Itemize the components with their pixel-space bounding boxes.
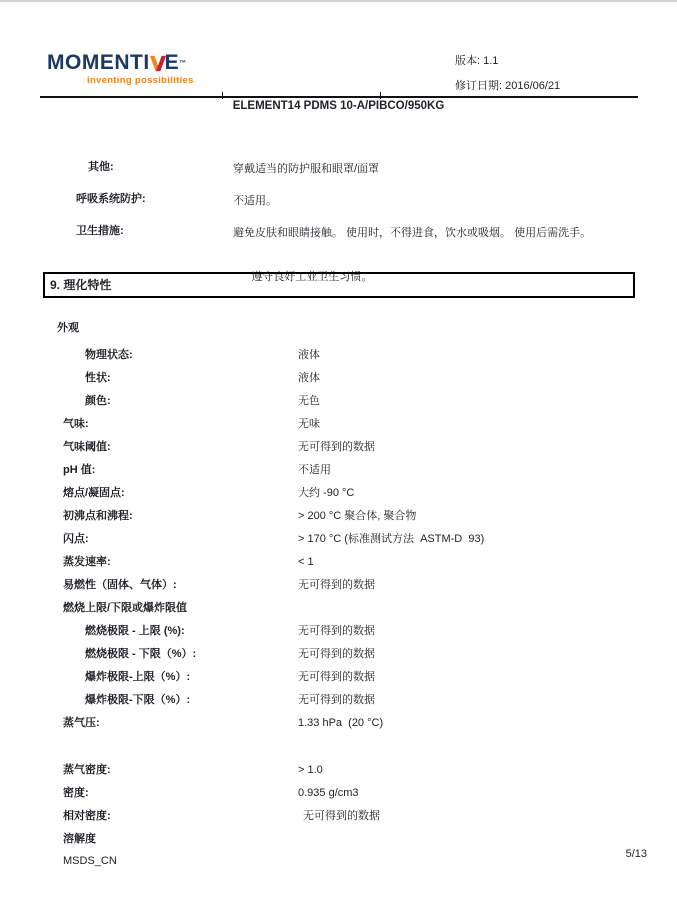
property-label: 相对密度: (63, 810, 111, 822)
physical-properties-list: 物理状态: 液体 性状: 液体 颜色: 无色 气味: 无味 气味阈值: 无可得到… (0, 344, 677, 851)
property-label: 初沸点和沸程: (63, 510, 133, 522)
property-value: 无可得到的数据 (298, 574, 375, 597)
property-label: 蒸发速率: (63, 556, 111, 568)
property-label: 物理状态: (85, 349, 133, 361)
property-row-flammability-upper: 燃烧极限 - 上限 (%): 无可得到的数据 (0, 620, 677, 643)
property-value: 1.33 hPa (20 °C) (298, 712, 383, 735)
property-label: 燃烧极限 - 上限 (%): (85, 625, 185, 637)
property-value: 无味 (298, 413, 320, 436)
property-label: 蒸气压: (63, 717, 100, 729)
property-value: 无可得到的数据 (298, 436, 375, 459)
product-title: ELEMENT14 PDMS 10-A/PIBCO/950KG (0, 100, 677, 112)
header-divider-tick (380, 92, 381, 99)
footer-page-number: 5/13 (626, 848, 647, 860)
logo-v-icon (150, 55, 166, 72)
property-label: 性状: (85, 372, 111, 384)
property-value: > 1.0 (298, 759, 323, 782)
property-label: 爆炸极限-上限（%）: (85, 671, 190, 683)
property-row-evaporation-rate: 蒸发速率: < 1 (0, 551, 677, 574)
property-row-flash-point: 闪点: > 170 °C (标准测试方法 ASTM-D 93) (0, 528, 677, 551)
property-label: 爆炸极限-下限（%）: (85, 694, 190, 706)
logo-text-left: MOMENTI (47, 53, 150, 73)
property-label: 蒸气密度: (63, 764, 111, 776)
property-label: 燃烧极限 - 下限（%）: (85, 648, 196, 660)
property-value: > 170 °C (标准测试方法 ASTM-D 93) (298, 528, 484, 551)
property-value: 无可得到的数据 (298, 620, 375, 643)
property-row-relative-density: 相对密度: 无可得到的数据 (0, 805, 677, 828)
window-top-edge (0, 0, 677, 2)
property-label: 易燃性（固体、气体）: (63, 579, 177, 591)
logo-text-right: E (165, 53, 180, 73)
protection-label: 卫生措施: (76, 222, 124, 238)
protection-value: 不适用。 (233, 190, 277, 212)
property-label: 气味阈值: (63, 441, 111, 453)
appearance-group-label: 外观 (57, 319, 79, 335)
property-row-explosive-upper: 爆炸极限-上限（%）: 无可得到的数据 (0, 666, 677, 689)
property-label: 气味: (63, 418, 89, 430)
footer-doc-code: MSDS_CN (63, 855, 117, 867)
property-value: 液体 (298, 344, 320, 367)
property-row-density: 密度: 0.935 g/cm3 (0, 782, 677, 805)
section-9-header: 9. 理化特性 (43, 272, 635, 298)
property-row-color: 颜色: 无色 (0, 390, 677, 413)
property-group-label: 燃烧上限/下限或爆炸限值 (63, 602, 187, 614)
hygiene-line-1: 避免皮肤和眼睛接触。 使用时，不得进食，饮水或吸烟。 使用后需洗手。 (233, 227, 591, 239)
revision-date-label: 修订日期: (455, 80, 502, 92)
property-row-boiling-point: 初沸点和沸程: > 200 °C 聚合体, 聚合物 (0, 505, 677, 528)
property-row-odor-threshold: 气味阈值: 无可得到的数据 (0, 436, 677, 459)
property-row-form: 性状: 液体 (0, 367, 677, 390)
msds-document-page: MOMENTI E ™ inventing possibilities 版本: … (0, 0, 677, 914)
property-row-flammability-lower: 燃烧极限 - 下限（%）: 无可得到的数据 (0, 643, 677, 666)
property-value: 0.935 g/cm3 (298, 782, 359, 805)
property-label: pH 值: (63, 464, 95, 476)
property-value: 无可得到的数据 (298, 689, 375, 712)
version-value: 1.1 (483, 55, 498, 67)
version-label: 版本: (455, 55, 480, 67)
property-label: 闪点: (63, 533, 89, 545)
document-meta: 版本: 1.1 修订日期: 2016/06/21 (455, 49, 560, 99)
property-row-physical-state: 物理状态: 液体 (0, 344, 677, 367)
property-group-flammability-limits: 燃烧上限/下限或爆炸限值 (0, 597, 677, 620)
property-row-vapor-density: 蒸气密度: > 1.0 (0, 759, 677, 782)
revision-date-value: 2016/06/21 (505, 80, 560, 92)
protection-value: 穿戴适当的防护服和眼罩/面罩 (233, 158, 379, 180)
property-group-solubility: 溶解度 (0, 828, 677, 851)
property-label: 颜色: (85, 395, 111, 407)
momentive-logo: MOMENTI E ™ inventing possibilities (47, 53, 194, 86)
property-value: < 1 (298, 551, 314, 574)
version-row: 版本: 1.1 (455, 49, 560, 74)
property-row-odor: 气味: 无味 (0, 413, 677, 436)
property-row-melting-point: 熔点/凝固点: 大约 -90 °C (0, 482, 677, 505)
property-value: 无可得到的数据 (298, 666, 375, 689)
protection-label: 其他: (88, 158, 114, 174)
header-divider-tick (222, 92, 223, 99)
protection-label: 呼吸系统防护: (76, 190, 146, 206)
property-value: 液体 (298, 367, 320, 390)
property-row-explosive-lower: 爆炸极限-下限（%）: 无可得到的数据 (0, 689, 677, 712)
property-value: > 200 °C 聚合体, 聚合物 (298, 505, 416, 528)
property-value: 无色 (298, 390, 320, 413)
property-value: 不适用 (298, 459, 331, 482)
property-row-vapor-pressure: 蒸气压: 1.33 hPa (20 °C) (0, 712, 677, 735)
logo-tagline: inventing possibilities (87, 75, 194, 86)
trademark-symbol: ™ (179, 54, 186, 74)
property-row-ph: pH 值: 不适用 (0, 459, 677, 482)
property-group-label: 溶解度 (63, 833, 96, 845)
header-divider (40, 96, 638, 98)
property-value: 无可得到的数据 (298, 643, 375, 666)
property-row-flammability: 易燃性（固体、气体）: 无可得到的数据 (0, 574, 677, 597)
property-value: 无可得到的数据 (303, 805, 380, 828)
property-label: 熔点/凝固点: (63, 487, 125, 499)
property-value: 大约 -90 °C (298, 482, 354, 505)
property-label: 密度: (63, 787, 89, 799)
